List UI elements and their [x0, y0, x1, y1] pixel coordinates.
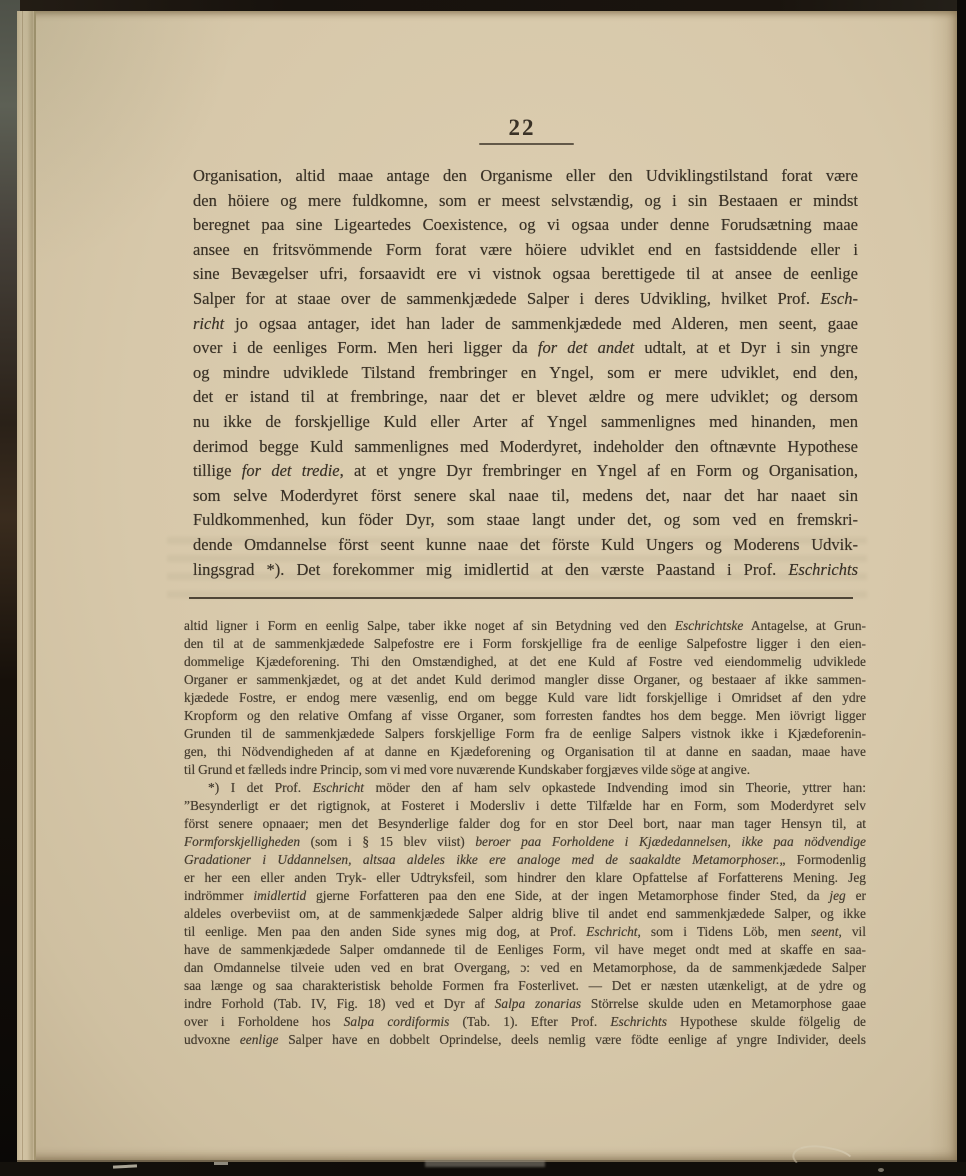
footnote-text-block: altid ligner i Form en eenlig Salpe, tab…	[184, 617, 866, 1049]
text-line: ”Besynderligt er det rigtignok, at Foste…	[184, 797, 866, 815]
text-line: först senere opnaaer; men det Besynderli…	[184, 815, 866, 833]
text-line: udvoxne eenlige Salper have en dobbelt O…	[184, 1031, 866, 1049]
text-line: over i Forholdene hos Salpa cordiformis …	[184, 1013, 866, 1031]
photo-background-right	[957, 0, 966, 1176]
book-page: 22 Organisation, altid maae antage den O…	[17, 11, 957, 1162]
text-line: kjædede Fostre, er endog mere væsenlig, …	[184, 689, 866, 707]
text-line: ansee en fritsvömmende Form forat være h…	[193, 238, 858, 263]
text-line: dende Omdannelse först seent kunne naae …	[193, 533, 858, 558]
page-number-rule	[479, 143, 574, 145]
text-line: Organisation, altid maae antage den Orga…	[193, 164, 858, 189]
text-line: aldeles overbeviist om, at de sammenkjæd…	[184, 905, 866, 923]
text-line: nu ikke de forskjellige Kuld eller Arter…	[193, 410, 858, 435]
text-line: beregnet paa sine Ligeartedes Coexistenc…	[193, 213, 858, 238]
text-line: er her een eller anden Tryk- eller Udtry…	[184, 869, 866, 887]
scan-artifact	[878, 1168, 884, 1172]
main-text-block: Organisation, altid maae antage den Orga…	[193, 164, 858, 582]
text-line: indre Forhold (Tab. IV, Fig. 18) ved et …	[184, 995, 866, 1013]
text-line: til Grund et fælleds indre Princip, som …	[184, 761, 866, 779]
scanned-book-photo: 22 Organisation, altid maae antage den O…	[0, 0, 966, 1176]
text-line: Grunden til de sammenkjædede Salpers for…	[184, 725, 866, 743]
text-line: Organer er sammenkjædet, og at det andet…	[184, 671, 866, 689]
text-line: saa længe og saa charakteristisk beholde…	[184, 977, 866, 995]
text-line: det er istand til at frembringe, naar de…	[193, 385, 858, 410]
text-line: have de sammenkjædede Salper omdannede t…	[184, 941, 866, 959]
text-line: Formforskjelligheden (som i § 15 blev vi…	[184, 833, 866, 851]
page-curvature-shadow	[929, 11, 957, 1160]
text-line: Kropform og den relative Omfang af visse…	[184, 707, 866, 725]
text-line: Gradationer i Uddannelsen, altsaa aldele…	[184, 851, 866, 869]
text-line: over i de eenliges Form. Men heri ligger…	[193, 336, 858, 361]
text-line: tillige for det tredie, at et yngre Dyr …	[193, 459, 858, 484]
text-line: og mindre udviklede Tilstand frembringer…	[193, 361, 858, 386]
text-line: den höiere og mere fuldkomne, som er mee…	[193, 189, 858, 214]
text-line: gen, thi Nödvendigheden af at danne en K…	[184, 743, 866, 761]
footnote-separator-rule	[189, 597, 853, 599]
text-line: dan Omdannelse tilveie uden ved en brat …	[184, 959, 866, 977]
text-line: den til at de sammenkjædede Salpefostre …	[184, 635, 866, 653]
text-line: sine Bevægelser ufri, forsaavidt ere vi …	[193, 262, 858, 287]
scan-artifact	[425, 1160, 545, 1167]
scan-artifact	[214, 1162, 228, 1165]
text-line: til eenlige. Men paa den anden Side syne…	[184, 923, 866, 941]
text-line: Fuldkommenhed, kun föder Dyr, som staae …	[193, 508, 858, 533]
text-line: *) I det Prof. Eschricht möder den af ha…	[184, 779, 866, 797]
text-line: lingsgrad *). Det forekommer mig imidler…	[193, 558, 858, 583]
text-line: derimod begge Kuld sammenlignes med Mode…	[193, 435, 858, 460]
text-line: dommelige Kjædeforening. Thi den Omstænd…	[184, 653, 866, 671]
text-line: Salper for at staae over de sammenkjæded…	[193, 287, 858, 312]
text-line: altid ligner i Form en eenlig Salpe, tab…	[184, 617, 866, 635]
page-number: 22	[472, 115, 572, 141]
text-line: som selve Moderdyret först senere skal n…	[193, 484, 858, 509]
text-line: indrömmer imidlertid gjerne Forfatteren …	[184, 887, 866, 905]
text-line: richt jo ogsaa antager, idet han lader d…	[193, 312, 858, 337]
